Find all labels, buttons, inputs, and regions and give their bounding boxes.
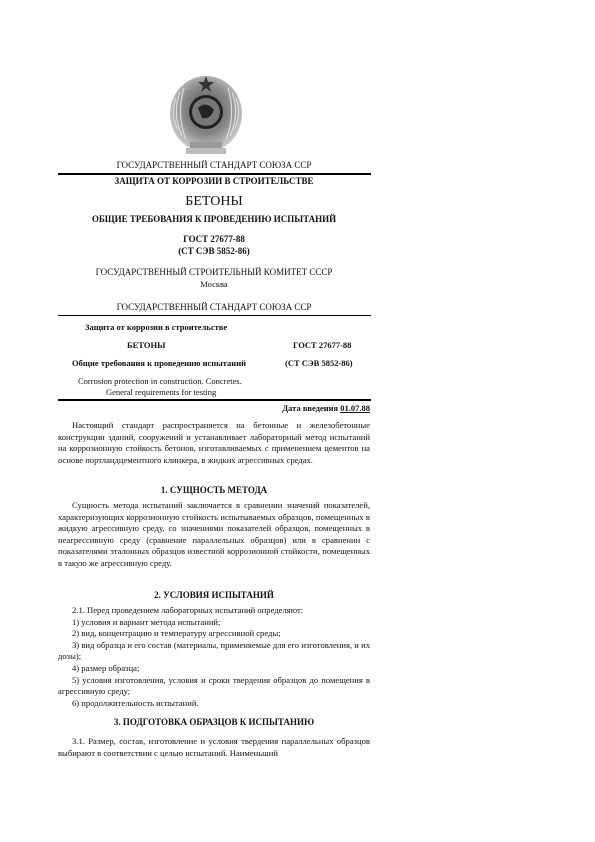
section-3-text: 3.1. Размер, состав, изготовление и усло…: [58, 736, 370, 759]
header-state-standard: ГОСУДАРСТВЕННЫЙ СТАНДАРТ СОЮЗА ССР: [58, 302, 370, 313]
header-rule-top: [58, 315, 371, 316]
ussr-emblem-icon: [162, 68, 250, 158]
cover-gost-number: ГОСТ 27677-88: [58, 234, 370, 245]
cover-subtitle: ОБЩИЕ ТРЕБОВАНИЯ К ПРОВЕДЕНИЮ ИСПЫТАНИЙ: [58, 214, 370, 225]
header-st-sev: (СТ СЭВ 5852-86): [285, 358, 353, 369]
list-item: 5) условия изготовления, условия и сроки…: [58, 675, 370, 698]
cover-title: БЕТОНЫ: [58, 193, 370, 210]
section-1-heading: 1. СУЩНОСТЬ МЕТОДА: [58, 485, 370, 495]
section-1-body: Сущность метода испытаний заключается в …: [58, 500, 370, 570]
header-title: БЕТОНЫ: [127, 340, 165, 351]
effective-date-label: Дата введения: [282, 403, 338, 413]
cover-committee: ГОСУДАРСТВЕННЫЙ СТРОИТЕЛЬНЫЙ КОМИТЕТ ССС…: [58, 267, 370, 278]
list-item: 6) продолжительность испытаний.: [58, 698, 370, 710]
section-2-heading: 2. УСЛОВИЯ ИСПЫТАНИЙ: [58, 590, 370, 600]
english-title-line1: Corrosion protection in construction. Co…: [78, 376, 242, 387]
intro-paragraph: Настоящий стандарт распространяется на б…: [58, 420, 370, 466]
section-3-heading: 3. ПОДГОТОВКА ОБРАЗЦОВ К ИСПЫТАНИЮ: [58, 717, 370, 727]
effective-date: Дата введения 01.07.88: [282, 403, 370, 414]
list-item: 2.1. Перед проведением лабораторных испы…: [58, 605, 370, 617]
section-2-list: 2.1. Перед проведением лабораторных испы…: [58, 605, 370, 709]
header-gost-number: ГОСТ 27677-88: [293, 340, 351, 351]
section-1-text: Сущность метода испытаний заключается в …: [58, 500, 370, 570]
list-item: 4) размер образца;: [58, 663, 370, 675]
effective-date-value: 01.07.88: [340, 403, 370, 413]
english-title-line2: General requirements for testing: [106, 387, 216, 398]
cover-rule: [58, 173, 371, 175]
header-series: Защита от коррозии в строительстве: [85, 322, 227, 333]
list-item: 1) условия и вариант метода испытаний;: [58, 617, 370, 629]
cover-series: ЗАЩИТА ОТ КОРРОЗИИ В СТРОИТЕЛЬСТВЕ: [58, 176, 370, 187]
list-item: 2) вид, концентрацию и температуру агрес…: [58, 628, 370, 640]
section-3-body: 3.1. Размер, состав, изготовление и усло…: [58, 736, 370, 759]
cover-city: Москва: [58, 279, 370, 290]
intro-text: Настоящий стандарт распространяется на б…: [58, 420, 370, 466]
cover-state-standard: ГОСУДАРСТВЕННЫЙ СТАНДАРТ СОЮЗА ССР: [58, 160, 370, 171]
list-item: 3) вид образца и его состав (материалы, …: [58, 640, 370, 663]
cover-st-sev: (СТ СЭВ 5852-86): [58, 246, 370, 257]
header-subtitle: Общие требования к проведению испытаний: [72, 358, 246, 369]
header-rule-bottom: [58, 399, 371, 401]
